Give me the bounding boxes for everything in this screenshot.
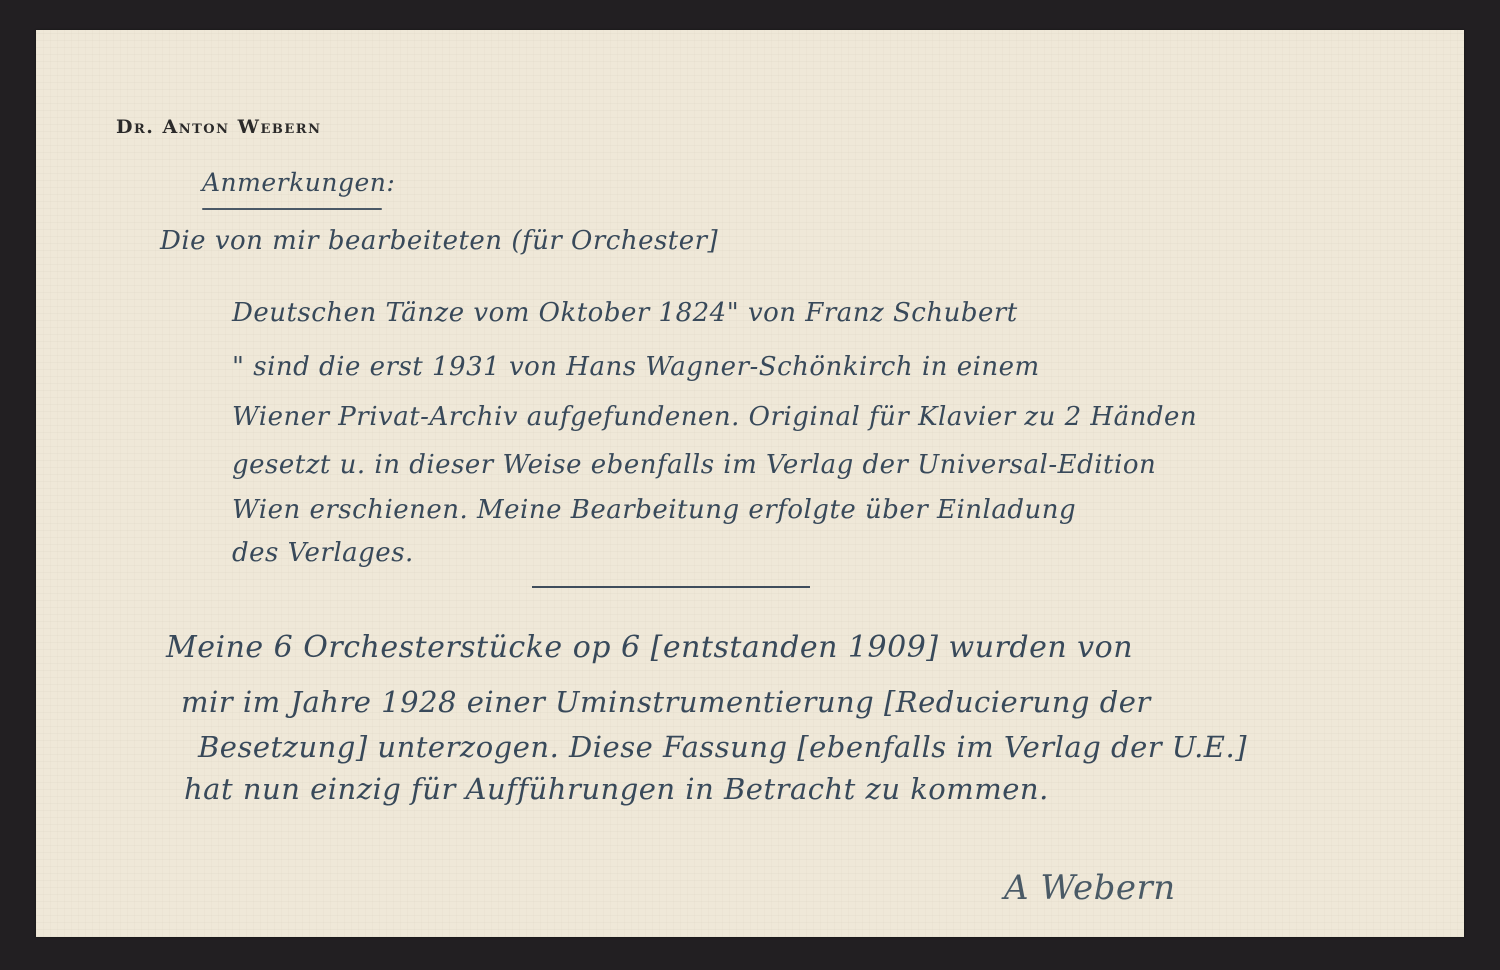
paragraph1-line-2: Deutschen Tänze vom Oktober 1824" von Fr… <box>232 298 1018 328</box>
paragraph1-line-3: " sind die erst 1931 von Hans Wagner-Sch… <box>232 352 1040 382</box>
paragraph1-line-1: Die von mir bearbeiteten (für Orchester] <box>160 226 718 256</box>
signature: A Webern <box>1004 868 1176 908</box>
paragraph2-line-3: Besetzung] unterzogen. Diese Fassung [eb… <box>198 730 1247 764</box>
heading: Anmerkungen: <box>202 168 395 197</box>
paragraph1-line-6: Wien erschienen. Meine Bearbeitung erfol… <box>232 495 1076 525</box>
document-page: Dr. Anton Webern Anmerkungen: Die von mi… <box>36 30 1464 937</box>
paragraph1-line-7: des Verlages. <box>232 538 414 568</box>
letterhead: Dr. Anton Webern <box>116 116 321 138</box>
paragraph2-line-1: Meine 6 Orchesterstücke op 6 [entstanden… <box>166 630 1133 665</box>
paragraph2-line-4: hat nun einzig für Aufführungen in Betra… <box>184 772 1049 806</box>
paragraph1-line-4: Wiener Privat-Archiv aufgefundenen. Orig… <box>232 402 1197 432</box>
paragraph1-line-5: gesetzt u. in dieser Weise ebenfalls im … <box>232 450 1156 480</box>
heading-underline <box>202 208 382 210</box>
section-divider <box>532 586 810 588</box>
paragraph2-line-2: mir im Jahre 1928 einer Uminstrumentieru… <box>181 685 1151 719</box>
